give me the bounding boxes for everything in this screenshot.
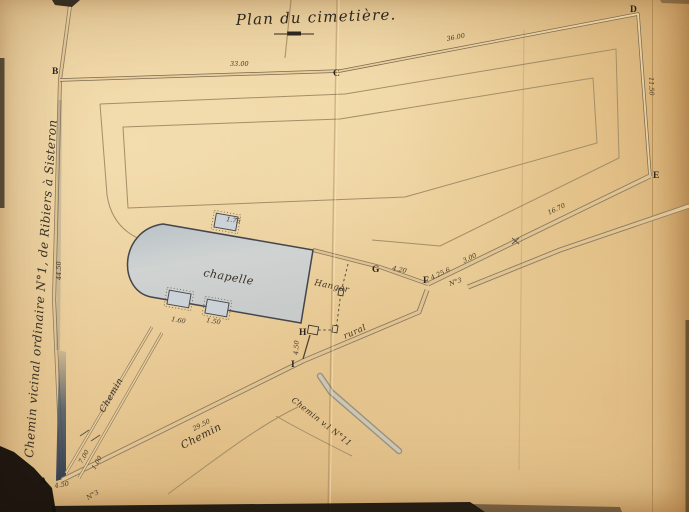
- measure-annex-right: 1.50: [206, 316, 222, 326]
- inner-alley-line-outer: [100, 49, 619, 246]
- measure-hi: 4.50: [292, 340, 301, 356]
- measure-ef-long: 16.70: [546, 201, 566, 216]
- point-h-marker: [307, 325, 318, 335]
- point-i: I: [291, 360, 295, 370]
- chemin-chapel-label: Chemin: [98, 376, 126, 414]
- measure-ab: 44.50: [55, 261, 63, 281]
- plan-drawing: Plan du cimetière. Chemin vicinal ordina…: [0, 0, 689, 512]
- scanned-cemetery-plan: Plan du cimetière. Chemin vicinal ordina…: [0, 0, 689, 512]
- survey-tick: [91, 435, 100, 441]
- road-f-to-chapel: [313, 250, 428, 284]
- point-b: B: [52, 67, 59, 77]
- point-h: H: [299, 328, 307, 338]
- point-f: F: [423, 276, 429, 286]
- measure-annex-left: 1.60: [171, 315, 187, 325]
- measure-bc: 33.00: [230, 60, 249, 68]
- measure-de: 11.50: [647, 77, 656, 96]
- point-d: D: [630, 5, 637, 15]
- plan-title: Plan du cimetière.: [235, 5, 397, 29]
- inner-plots-rectangle: [123, 78, 597, 208]
- hangar-structure: [307, 264, 348, 335]
- road-left-chemin-vicinal: [54, 6, 70, 481]
- inner-alley-line-left: [100, 104, 142, 240]
- cemetery-wall: [60, 14, 650, 176]
- measure-cd: 36.00: [446, 32, 466, 43]
- point-g: G: [372, 265, 380, 275]
- wall-h-i: [303, 335, 310, 359]
- measure-a-detail: 4.50: [53, 480, 70, 491]
- road-n3-label: N°3: [447, 276, 463, 288]
- point-e: E: [653, 171, 659, 181]
- n3-junction-label: N°3: [84, 488, 100, 502]
- chapel-building: [128, 210, 313, 323]
- title-underline: [274, 32, 314, 36]
- point-c: C: [333, 69, 340, 79]
